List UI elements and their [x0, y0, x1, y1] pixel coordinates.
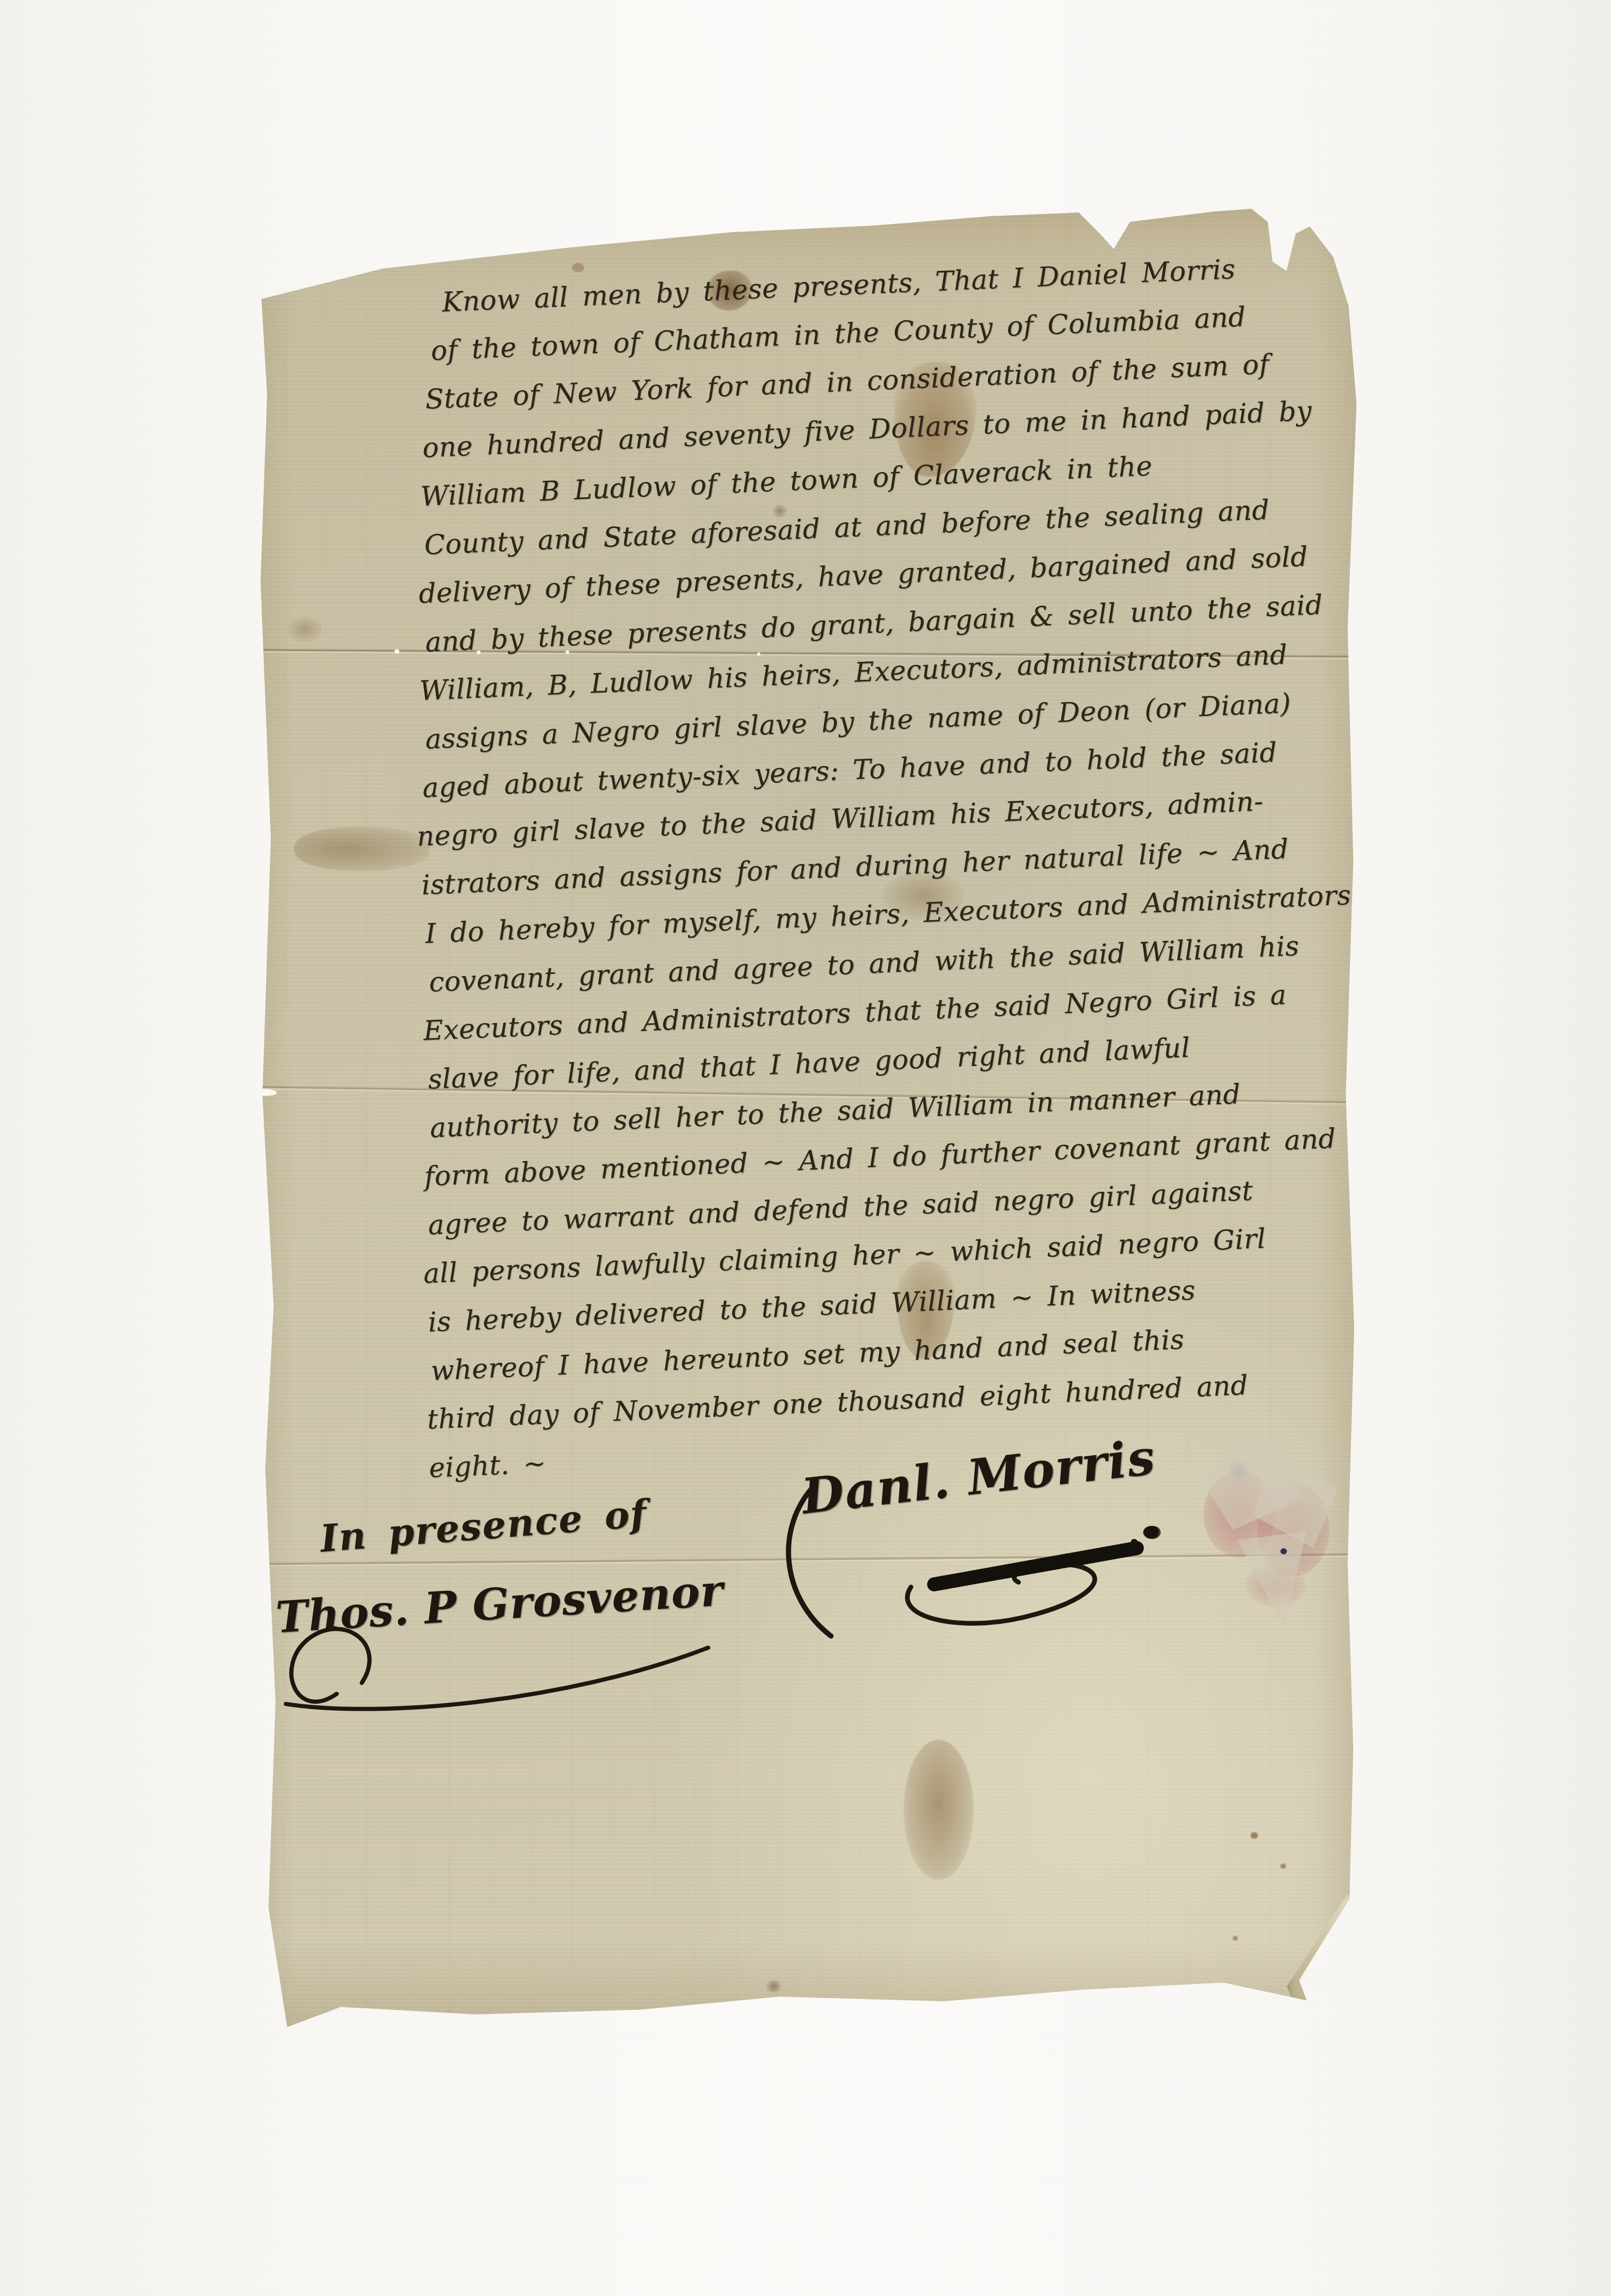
speck: [1233, 1936, 1238, 1941]
ink-blot: [1143, 1526, 1161, 1539]
seal-remnant: [1192, 1427, 1341, 1632]
folded-corner: [1287, 1891, 1358, 2007]
seller-signature: Danl. Morris: [798, 1428, 1158, 1525]
edge-stain: [294, 827, 430, 871]
witness-signature-block: Thos. P Grosvenor: [275, 1565, 725, 1643]
small-stain: [766, 1980, 782, 1992]
manuscript-paper: Know all men by these presents, That I D…: [243, 208, 1359, 2032]
oval-stain: [904, 1740, 974, 1880]
scanned-document-image: Know all men by these presents, That I D…: [0, 0, 1611, 2296]
witness-label: In presence of: [318, 1491, 649, 1561]
speck: [572, 263, 584, 272]
witness-signature: Thos. P Grosvenor: [275, 1565, 725, 1643]
seal-dot: [1280, 1548, 1287, 1554]
seller-signature-block: Danl. Morris: [798, 1428, 1158, 1525]
small-stain: [287, 617, 322, 642]
fold-tear-gap: [242, 1088, 276, 1097]
ink-blot: [1131, 1539, 1138, 1544]
manuscript-line: eight. ~: [428, 1447, 547, 1484]
speck: [1280, 1864, 1286, 1869]
speck: [1251, 1832, 1258, 1839]
